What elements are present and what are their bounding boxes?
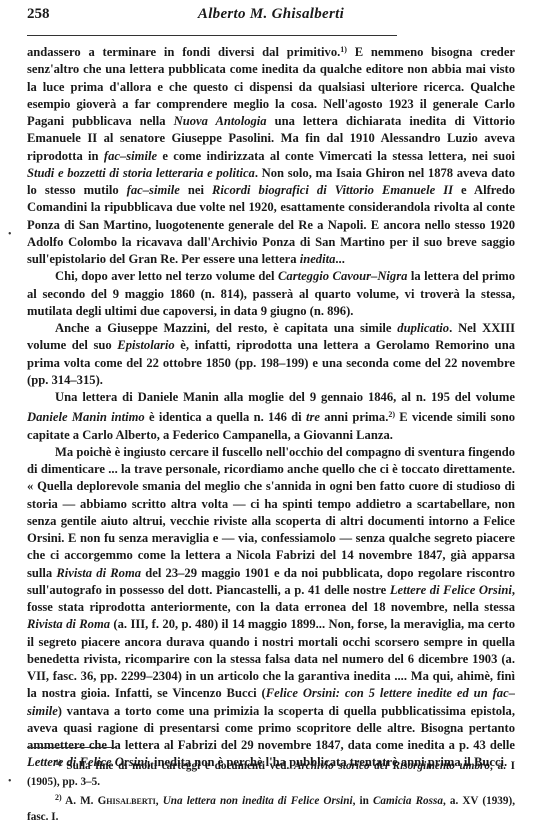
footnote-ref-1[interactable]: 1) [340,45,347,54]
margin-mark: • [8,776,12,787]
footnotes: 1) Sulla fine di molti carteggi e docume… [27,755,515,825]
paragraph-5: Ma poichè è ingiusto cercare il fuscello… [27,444,515,772]
footnote-1: 1) Sulla fine di molti carteggi e docume… [27,755,515,790]
footnote-2: 2) A. M. Ghisalberti, Una lettera non in… [27,790,515,825]
paragraph-3: Anche a Giuseppe Mazzini, del resto, è c… [27,320,515,389]
footnote-rule [27,747,117,748]
running-title: Alberto M. Ghisalberti [27,6,515,23]
paragraph-2: Chi, dopo aver letto nel terzo volume de… [27,268,515,320]
paragraph-4: Una lettera di Daniele Manin alla moglie… [27,389,515,444]
margin-mark: • [8,229,12,240]
header-rule [27,35,397,36]
paragraph-1: andassero a terminare in fondi diversi d… [27,41,515,268]
body-text: andassero a terminare in fondi diversi d… [27,41,515,772]
page-header: 258 Alberto M. Ghisalberti [27,6,515,30]
